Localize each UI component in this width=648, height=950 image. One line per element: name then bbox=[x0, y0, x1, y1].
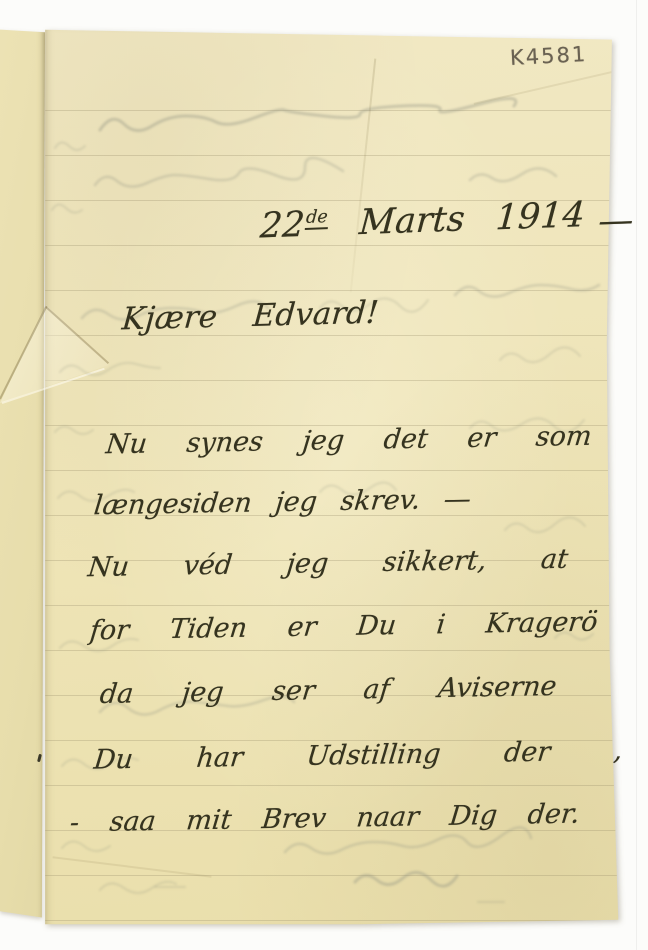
date-ordinal-suffix: de bbox=[304, 207, 329, 230]
underlying-page-paper bbox=[0, 26, 45, 922]
salutation: Kjære Edvard! bbox=[121, 295, 380, 338]
catalog-number: K4581 bbox=[509, 42, 587, 70]
body-line-2: længesiden jeg skrev. — bbox=[92, 484, 472, 522]
scanner-edge-line bbox=[636, 0, 637, 950]
paper-crease bbox=[52, 856, 211, 877]
paper-crease bbox=[474, 69, 621, 105]
underlying-page-edge bbox=[0, 26, 45, 922]
letter-sheet bbox=[44, 28, 620, 926]
date-dash: — bbox=[597, 200, 635, 241]
date-month-year: Marts 1914 bbox=[358, 195, 586, 243]
letter-paper bbox=[44, 28, 620, 926]
date-day: 22 bbox=[259, 205, 306, 247]
scanned-letter-page: K4581 22de Marts 1914— Kjære Edvard! Nu … bbox=[0, 0, 648, 950]
paper-crease bbox=[350, 59, 377, 293]
